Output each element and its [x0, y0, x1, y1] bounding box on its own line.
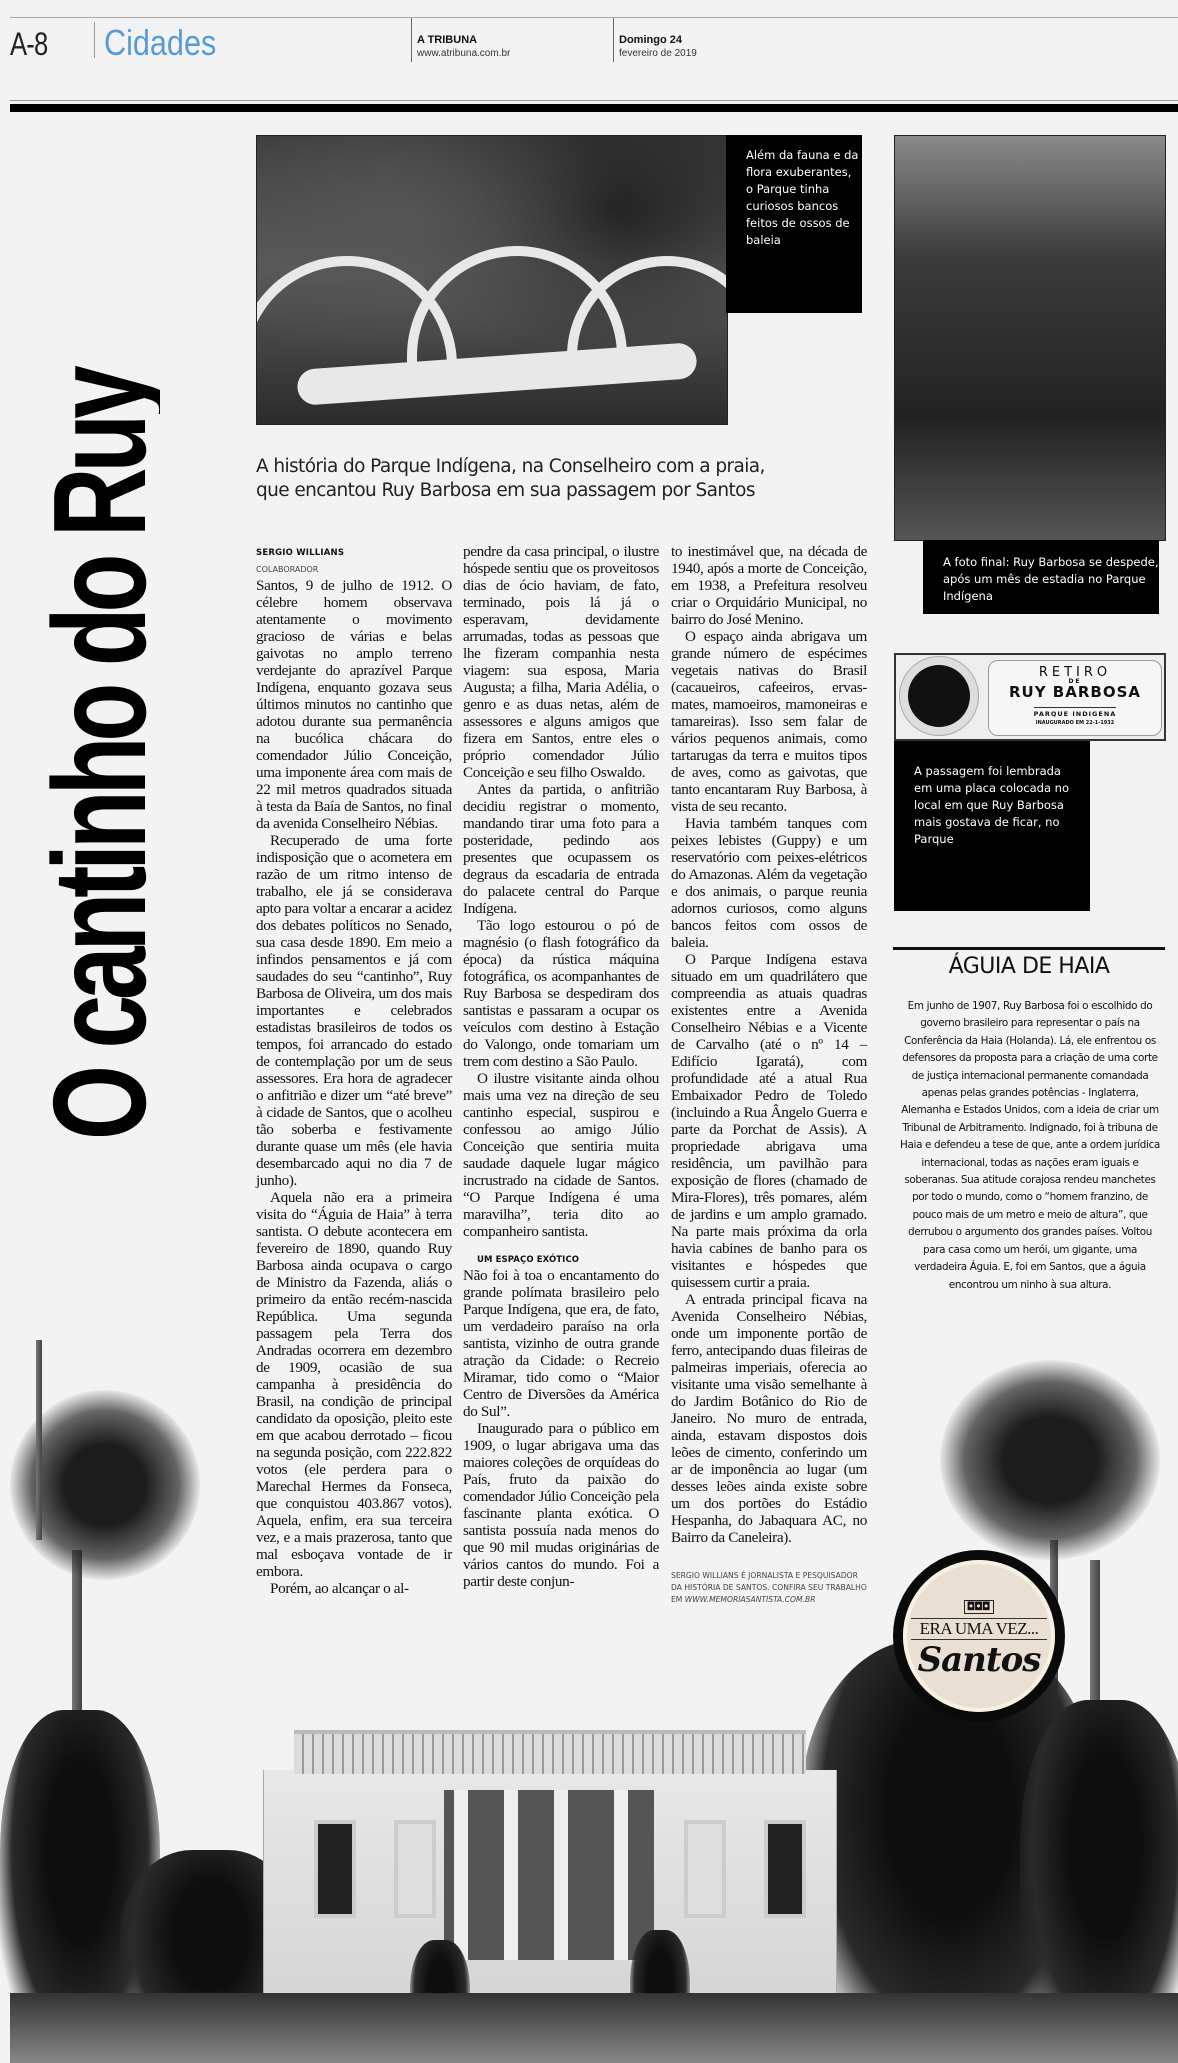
- paragraph: A entrada principal ficava na Avenida Co…: [671, 1291, 867, 1546]
- subheading: UM ESPAÇO EXÓTICO: [463, 1254, 659, 1267]
- sidebar-text: Em junho de 1907, Ruy Barbosa foi o esco…: [897, 998, 1163, 1294]
- divider: [613, 18, 614, 62]
- date-month: fevereiro de 2019: [619, 48, 697, 59]
- paragraph: Inaugurado para o público em 1909, o lug…: [463, 1420, 659, 1590]
- page-number: A-8: [10, 26, 47, 63]
- article-column-1: Santos, 9 de julho de 1912. O célebre ho…: [256, 577, 452, 1597]
- photo-caption: Além da fauna e da flora exuberantes, o …: [726, 135, 862, 313]
- headline-container: O cantinho do Ruy: [40, 130, 160, 1140]
- paragraph: Não foi à toa o encantamento do grande p…: [463, 1267, 659, 1420]
- paragraph: Porém, ao alcançar o al-: [256, 1580, 452, 1597]
- divider: [411, 18, 412, 62]
- badge-line-2: Santos: [903, 1640, 1055, 1680]
- plaque-photo: RETIRO DE RUY BARBOSA PARQUE INDIGENA IN…: [894, 653, 1166, 741]
- palace-building: [263, 1770, 837, 2063]
- sidebar-rule: [893, 947, 1165, 950]
- article-column-2: pendre da casa principal, o ilustre hósp…: [463, 543, 659, 1590]
- plaque-sign: RETIRO DE RUY BARBOSA PARQUE INDIGENA IN…: [988, 660, 1162, 736]
- paragraph: to inestimável que, na década de 1940, a…: [671, 543, 867, 628]
- divider: [94, 22, 95, 58]
- badge-line-1: ERA UMA VEZ...: [911, 1618, 1047, 1640]
- paragraph: O espaço ainda abrigava um grande número…: [671, 628, 867, 815]
- paragraph: O ilustre visitante ainda olhou mais uma…: [463, 1070, 659, 1240]
- paragraph: pendre da casa principal, o ilustre hósp…: [463, 543, 659, 781]
- publication-name: A TRIBUNA: [417, 34, 477, 46]
- porthole: [908, 665, 970, 727]
- header-rule: [10, 100, 1178, 101]
- plaque-line: RUY BARBOSA: [989, 683, 1161, 701]
- paragraph: O Parque Indígena estava situado em um q…: [671, 951, 867, 1291]
- paragraph: Santos, 9 de julho de 1912. O célebre ho…: [256, 577, 452, 832]
- plaque-line: INAUGURADO EM 22-1-1932: [989, 720, 1161, 726]
- sidebar-title: ÁGUIA DE HAIA: [893, 954, 1165, 979]
- headline: O cantinho do Ruy: [40, 130, 160, 1140]
- author-name: SERGIO WILLIANS: [256, 548, 344, 558]
- date-day: Domingo 24: [619, 34, 682, 46]
- paragraph: Antes da partida, o anfitrião decidiu re…: [463, 781, 659, 917]
- header-bar: [10, 104, 1178, 112]
- paragraph: Recuperado de uma forte indisposição que…: [256, 832, 452, 1189]
- farewell-group-photo: [894, 135, 1166, 541]
- author-credit: SERGIO WILLIANS É JORNALISTA E PESQUISAD…: [671, 1570, 867, 1606]
- deck-subtitle: A história do Parque Indígena, na Consel…: [256, 455, 796, 503]
- photo-caption: A passagem foi lembrada em uma placa col…: [894, 741, 1090, 911]
- credit-link[interactable]: WWW.MEMORIASANTISTA.COM.BR: [685, 1595, 816, 1604]
- era-uma-vez-santos-badge: ◘◘◘ ERA UMA VEZ... Santos: [893, 1550, 1065, 1722]
- building-icon: ◘◘◘: [964, 1600, 995, 1614]
- author-role: COLABORADOR: [256, 565, 318, 574]
- section-title: Cidades: [104, 22, 216, 64]
- paragraph: Tão logo estourou o pó de magnésio (o fl…: [463, 917, 659, 1070]
- photo-caption: A foto final: Ruy Barbosa se despede, ap…: [923, 540, 1159, 614]
- paragraph: Aquela não era a primeira visita do “Águ…: [256, 1189, 452, 1580]
- whale-bone-bench-photo: [256, 135, 728, 425]
- paragraph: Havia também tanques com peixes lebistes…: [671, 815, 867, 951]
- publication-url[interactable]: www.atribuna.com.br: [417, 48, 510, 59]
- top-rule: [10, 17, 1178, 18]
- plaque-line: PARQUE INDIGENA: [1034, 707, 1117, 718]
- article-column-3: to inestimável que, na década de 1940, a…: [671, 543, 867, 1606]
